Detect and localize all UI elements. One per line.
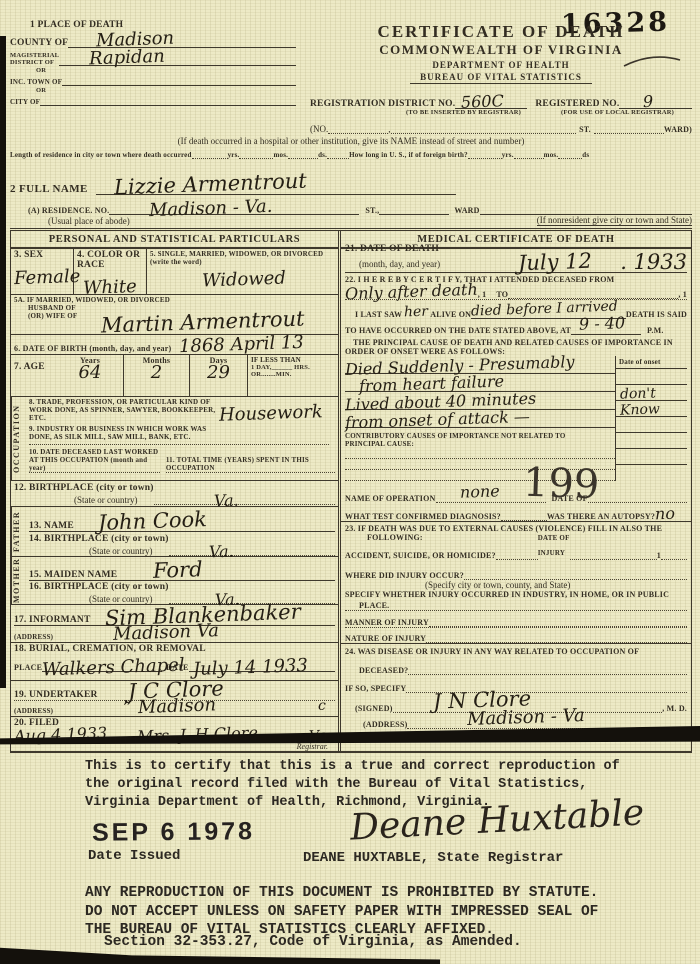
operation-value: none — [459, 484, 499, 500]
no-paren-label: (NO. — [310, 124, 328, 134]
item2-label: 2 FULL NAME — [10, 183, 88, 195]
onset-line-7 — [616, 465, 687, 481]
full-name-value: Lizzie Armentrout — [113, 172, 306, 198]
district-value: Rapidan — [89, 49, 165, 68]
hospital-note: (If death occurred in a hospital or othe… — [10, 136, 692, 146]
autopsy-value: no — [655, 506, 675, 521]
item9-line — [29, 441, 329, 445]
code-section-line: Section 32-353.27, Code of Virginia, as … — [104, 934, 522, 950]
full-name-line: Lizzie Armentrout — [96, 175, 456, 195]
item23-label-1: 23. IF DEATH WAS DUE TO EXTERNAL CAUSES … — [345, 524, 687, 533]
ward2-label: WARD — [454, 206, 479, 215]
autopsy-label: WAS THERE AN AUTOPSY? — [547, 512, 655, 521]
item18-place-value: Walkers Chapel — [42, 658, 185, 679]
item24-block: 24. WAS DISEASE OR INJURY IN ANY WAY REL… — [345, 647, 687, 729]
c-mark: c — [318, 700, 326, 713]
autopsy-row: WHAT TEST CONFIRMED DIAGNOSIS? WAS THERE… — [341, 503, 691, 522]
signed-address-value: Madison - Va — [467, 708, 585, 728]
onset-value-1: don't — [620, 387, 656, 401]
race-cell: 4. COLOR OR RACE White — [73, 249, 146, 294]
cause-lines: Died Suddenly - Presumably from heart fa… — [345, 356, 615, 481]
burial-row: 18. BURIAL, CREMATION, OR REMOVAL PLACE … — [11, 643, 338, 681]
county-label: COUNTY OF — [10, 38, 68, 48]
ward-line — [594, 133, 664, 134]
len-line-2 — [239, 158, 273, 159]
mos-label: mos. — [273, 151, 288, 159]
onset-value-2: Know — [620, 403, 660, 417]
residence-line: Madison - Va. — [109, 201, 359, 215]
personal-column: PERSONAL AND STATISTICAL PARTICULARS 3. … — [11, 231, 341, 751]
place-of-death-block: 1 PLACE OF DEATH COUNTY OF Madison MAGIS… — [10, 20, 310, 134]
item18-date-value: July 14 1933 — [192, 658, 307, 678]
residence-length-row: Length of residence in city or town wher… — [10, 151, 692, 159]
signed-label: (SIGNED) — [355, 704, 393, 713]
item8-value: Housework — [219, 404, 323, 424]
registered-line: 9 — [619, 94, 692, 109]
item19-address-value: ” Madison — [123, 697, 217, 716]
burial-date-line: July 14 1933 — [189, 660, 335, 672]
item12-row: 12. BIRTHPLACE (city or town) (State or … — [11, 481, 338, 507]
item12-line: Va. — [154, 493, 335, 505]
attended-from-value: Only after death — [345, 282, 478, 301]
time-line: 9 - 40 — [571, 316, 641, 335]
onset-line-5 — [616, 433, 687, 449]
item19-label: 19. UNDERTAKER — [14, 690, 98, 700]
deceased-line — [408, 674, 687, 675]
street-line — [391, 133, 577, 134]
contributory-label: CONTRIBUTORY CAUSES OF IMPORTANCE NOT RE… — [345, 432, 615, 448]
inc-town-label: INC. TOWN OF — [10, 78, 62, 86]
registered-label: REGISTERED NO. — [535, 99, 619, 109]
marital-label: 5. SINGLE, MARRIED, WIDOWED, OR DIVORCED… — [150, 250, 335, 266]
ward2-line — [480, 201, 692, 215]
registered-note: (FOR USE OF LOCAL REGISTRAR) — [561, 109, 674, 116]
st2-label: ST., — [365, 206, 379, 215]
accident-row: ACCIDENT, SUICIDE, OR HOMICIDE? DATE OF … — [345, 542, 687, 560]
onset-line-6 — [616, 449, 687, 465]
age-months-cell: Months 2 — [123, 355, 189, 396]
sex-cell: 3. SEX Female — [11, 249, 73, 294]
title-block: CERTIFICATE OF DEATH COMMONWEALTH OF VIR… — [310, 20, 692, 134]
len-line-4 — [327, 158, 349, 159]
item23-block: 23. IF DEATH WAS DUE TO EXTERNAL CAUSES … — [345, 524, 687, 611]
item14-value: Va. — [208, 545, 233, 560]
spouse-label-1: 5A. IF MARRIED, WIDOWED, OR DIVORCED — [14, 296, 335, 304]
st2-line — [379, 201, 449, 215]
district-line: Rapidan — [59, 50, 296, 66]
ds2-label: ds — [582, 151, 589, 159]
nature-line — [426, 642, 687, 643]
street-ward-row: (NO. , ST. WARD) — [310, 124, 692, 134]
place-line: Walkers Chapel — [42, 660, 162, 672]
item21-label: 21. DATE OF DEATH (month, day, and year) — [345, 244, 440, 272]
item11-label: 11. TOTAL TIME (YEARS) SPENT IN THIS OCC… — [166, 456, 335, 473]
item17-address-value: Madison Va — [113, 623, 219, 643]
manner-label: MANNER OF INJURY — [345, 618, 429, 627]
registrar-caption: Registrar. — [297, 742, 328, 751]
certificate-title: CERTIFICATE OF DEATH — [310, 22, 692, 42]
magisterial-label: MAGISTERIAL DISTRICT OF — [10, 52, 59, 66]
county-line: Madison — [68, 32, 296, 48]
age-row: 7. AGE Years 64 Months 2 Days 29 IF LES — [11, 355, 338, 397]
registered-value: 9 — [643, 95, 654, 110]
len-line-6 — [514, 158, 544, 159]
address-row: (ADDRESS) Madison - Va — [345, 713, 687, 729]
item16-label: 16. BIRTHPLACE (city or town) (State or … — [29, 576, 169, 604]
dob-value: 1868 April 13 — [179, 335, 304, 356]
age-days-cell: Days 29 — [189, 355, 247, 396]
injury-date-line-2 — [661, 559, 687, 560]
residence-label: (A) RESIDENCE. NO. — [28, 206, 109, 215]
age-years-cell: Years 64 — [57, 355, 123, 396]
death-certificate-scan: 16328 1 PLACE OF DEATH COUNTY OF Madison… — [0, 0, 700, 964]
attended-from-row: Only after death , 1 TO , 1 — [345, 284, 687, 300]
date-of-death-row: 21. DATE OF DEATH (month, day, and year)… — [345, 249, 687, 273]
form-header: 1 PLACE OF DEATH COUNTY OF Madison MAGIS… — [10, 20, 692, 134]
or-label-1: OR — [10, 67, 296, 74]
commonwealth-title: COMMONWEALTH OF VIRGINIA — [310, 42, 692, 58]
accident-line — [496, 559, 538, 560]
date-issued-stamp: SEP 6 1978 — [92, 817, 255, 847]
item17-label: 17. INFORMANT — [14, 615, 91, 625]
ds-label: ds. — [318, 151, 327, 159]
item24-label-2: DECEASED? — [359, 666, 408, 675]
nature-label: NATURE OF INJURY — [345, 634, 426, 643]
residence-length-label: Length of residence in city or town wher… — [10, 151, 192, 159]
age-months-value: 2 — [151, 365, 162, 381]
onset-line-3: Know — [616, 401, 687, 417]
marital-value: Widowed — [202, 271, 286, 290]
item13-value: John Cook — [98, 510, 207, 533]
test-line — [501, 520, 547, 521]
manner-row: MANNER OF INJURY — [345, 611, 687, 628]
injury-date-line — [570, 559, 657, 560]
occupation-vertical-label: OCCUPATION — [11, 397, 26, 480]
father-block: FATHER 13. NAME John Cook 14. BIRTHPLACE… — [11, 507, 338, 557]
sex-label: 3. SEX — [14, 250, 70, 260]
personal-section-title: PERSONAL AND STATISTICAL PARTICULARS — [11, 231, 338, 249]
where-label: WHERE DID INJURY OCCUR? — [345, 571, 464, 580]
city-label: CITY OF — [10, 98, 40, 106]
city-line — [40, 96, 296, 106]
len-line-7 — [558, 158, 582, 159]
age-label-cell: 7. AGE — [11, 355, 57, 396]
onset-line-4 — [616, 417, 687, 433]
item14-row: 14. BIRTHPLACE (city or town) (State or … — [29, 532, 335, 556]
place-label: PLACE — [14, 663, 42, 672]
form: 1 PLACE OF DEATH COUNTY OF Madison MAGIS… — [10, 20, 692, 753]
specify-injury-label-1: SPECIFY WHETHER INJURY OCCURRED IN INDUS… — [345, 590, 687, 599]
address-label: (ADDRESS) — [363, 720, 407, 729]
item9-label: 9. INDUSTRY OR BUSINESS IN WHICH WORK WA… — [29, 425, 229, 441]
mother-block: MOTHER 15. MAIDEN NAME Ford 16. BIRTHPLA… — [11, 557, 338, 605]
where-note: (Specify city or town, county, and State… — [425, 580, 687, 590]
test-label: WHAT TEST CONFIRMED DIAGNOSIS? — [345, 512, 501, 521]
reg-district-value: 560C — [461, 94, 504, 110]
sex-race-marital-row: 3. SEX Female 4. COLOR OR RACE White 5. … — [11, 249, 338, 295]
yrs-label: yrs. — [228, 151, 240, 159]
contributory-line-1 — [345, 448, 615, 459]
item21-value: July 12 — [518, 252, 593, 273]
no-line — [328, 133, 388, 134]
date-of-injury-label: DATE OF INJURY — [538, 534, 570, 560]
last-saw-label: I LAST SAW — [355, 310, 402, 319]
item24-label-1: 24. WAS DISEASE OR INJURY IN ANY WAY REL… — [345, 647, 687, 656]
contributory-line-3: 199 — [345, 470, 615, 481]
occurred-label: TO HAVE OCCURRED ON THE DATE STATED ABOV… — [345, 326, 571, 335]
st-label: ST. — [579, 125, 591, 134]
dob-label: 6. DATE OF BIRTH (month, day, and year) — [14, 344, 171, 353]
item17-address-label: (ADDRESS) — [14, 633, 53, 641]
specify-injury-row: PLACE. — [345, 599, 687, 611]
father-vertical-label: FATHER — [11, 507, 26, 556]
onset-header: Date of onset — [616, 356, 687, 369]
bureau-title: BUREAU OF VITAL STATISTICS — [310, 72, 692, 84]
occupation-block: OCCUPATION 8. TRADE, PROFESSION, OR PART… — [11, 397, 338, 481]
ward-paren-label: WARD) — [664, 125, 692, 134]
nature-row: NATURE OF INJURY — [341, 628, 691, 644]
cause-area: Died Suddenly - Presumably from heart fa… — [345, 356, 687, 481]
scan-edge-artifact — [0, 36, 6, 688]
item12-value: Va. — [213, 494, 238, 509]
yrs2-label: yrs. — [502, 151, 514, 159]
age-days-value: 29 — [207, 365, 230, 381]
to-label: TO — [496, 290, 508, 299]
her-value: her — [404, 306, 428, 319]
one-label-1: , 1 — [478, 290, 487, 299]
department-title: DEPARTMENT OF HEALTH — [310, 60, 692, 70]
medical-column: MEDICAL CERTIFICATE OF DEATH 21. DATE OF… — [341, 231, 691, 751]
item8-label: 8. TRADE, PROFESSION, OR PARTICULAR KIND… — [29, 398, 219, 422]
dob-row: 6. DATE OF BIRTH (month, day, and year) … — [11, 335, 338, 355]
item21-year: . 1933 — [620, 253, 687, 272]
occurred-time: 9 - 40 — [579, 316, 626, 332]
marital-cell: 5. SINGLE, MARRIED, WIDOWED, OR DIVORCED… — [146, 249, 338, 294]
nonresident-note: (If nonresident give city or town and St… — [537, 215, 692, 226]
len-line-5 — [468, 158, 502, 159]
residence-value: Madison - Va. — [149, 199, 273, 219]
registration-row: REGISTRATION DISTRICT NO. 560C REGISTERE… — [310, 94, 692, 109]
operation-label: NAME OF OPERATION — [345, 494, 436, 503]
principal-label-1: THE PRINCIPAL CAUSE OF DEATH AND RELATED… — [353, 338, 687, 347]
occurred-row: TO HAVE OCCURRED ON THE DATE STATED ABOV… — [345, 319, 687, 335]
one-label-2: , 1 — [678, 290, 687, 299]
abode-note: (Usual place of abode) — [48, 216, 130, 226]
item10-label: 10. DATE DECEASED LAST WORKED AT THIS OC… — [29, 448, 160, 473]
len-line-1 — [192, 158, 228, 159]
where-row: WHERE DID INJURY OCCUR? — [345, 564, 687, 580]
accident-label: ACCIDENT, SUICIDE, OR HOMICIDE? — [345, 551, 496, 560]
full-name-row: 2 FULL NAME Lizzie Armentrout — [10, 169, 692, 195]
spouse-value: Martin Armentrout — [101, 310, 305, 336]
onset-line-2: don't — [616, 385, 687, 401]
registrar-name-line: DEANE HUXTABLE, State Registrar — [303, 850, 563, 866]
item14-line: Va. — [169, 544, 335, 556]
sex-value: Female — [14, 269, 81, 287]
undertaker-row: 19. UNDERTAKER J C Clore (ADDRESS) ” Mad… — [11, 681, 338, 717]
alive-on-label: ALIVE ON — [430, 310, 471, 319]
reg-district-line: 560C — [455, 94, 527, 109]
race-label: 4. COLOR OR RACE — [77, 250, 143, 270]
informant-row: 17. INFORMANT Sim Blankenbaker (ADDRESS)… — [11, 605, 338, 643]
residence-row: (A) RESIDENCE. NO. Madison - Va. ST., WA… — [10, 197, 692, 231]
item18-label: 18. BURIAL, CREMATION, OR REMOVAL — [14, 644, 335, 654]
age-years-value: 64 — [79, 365, 102, 381]
spouse-row: 5A. IF MARRIED, WIDOWED, OR DIVORCED HUS… — [11, 295, 338, 335]
item19-address-label: (ADDRESS) — [14, 707, 53, 715]
item12-label: 12. BIRTHPLACE (city or town) (State or … — [14, 477, 154, 505]
pm-label: P.M. — [647, 326, 664, 335]
len-line-3 — [288, 158, 318, 159]
item23-label-2: FOLLOWING: — [367, 533, 687, 542]
onset-line-1 — [616, 369, 687, 385]
reg-district-label: REGISTRATION DISTRICT NO. — [310, 99, 455, 109]
stamp-199: 199 — [522, 463, 600, 506]
date-issued-label: Date Issued — [88, 848, 180, 864]
item15-value: Ford — [153, 560, 203, 581]
if-less-cell: IF LESS THAN 1 DAY,______ HRS. OR.......… — [247, 355, 338, 396]
mother-vertical-label: MOTHER — [11, 557, 26, 604]
columns: PERSONAL AND STATISTICAL PARTICULARS 3. … — [10, 231, 692, 753]
manner-line — [429, 626, 687, 627]
date-of-onset-box: Date of onset don't Know — [615, 356, 687, 481]
specify-injury-label-2: PLACE. — [359, 601, 389, 610]
mos2-label: mos. — [544, 151, 559, 159]
or-label-2: OR — [10, 87, 296, 94]
operation-row: NAME OF OPERATION none DATE OF — [345, 483, 687, 503]
cause-line-4: from onset of attack — — [345, 409, 530, 430]
warning-text: ANY REPRODUCTION OF THIS DOCUMENT IS PRO… — [85, 884, 598, 940]
inc-town-line — [62, 76, 296, 86]
foreign-label: How long in U. S., if of foreign birth? — [349, 151, 468, 159]
